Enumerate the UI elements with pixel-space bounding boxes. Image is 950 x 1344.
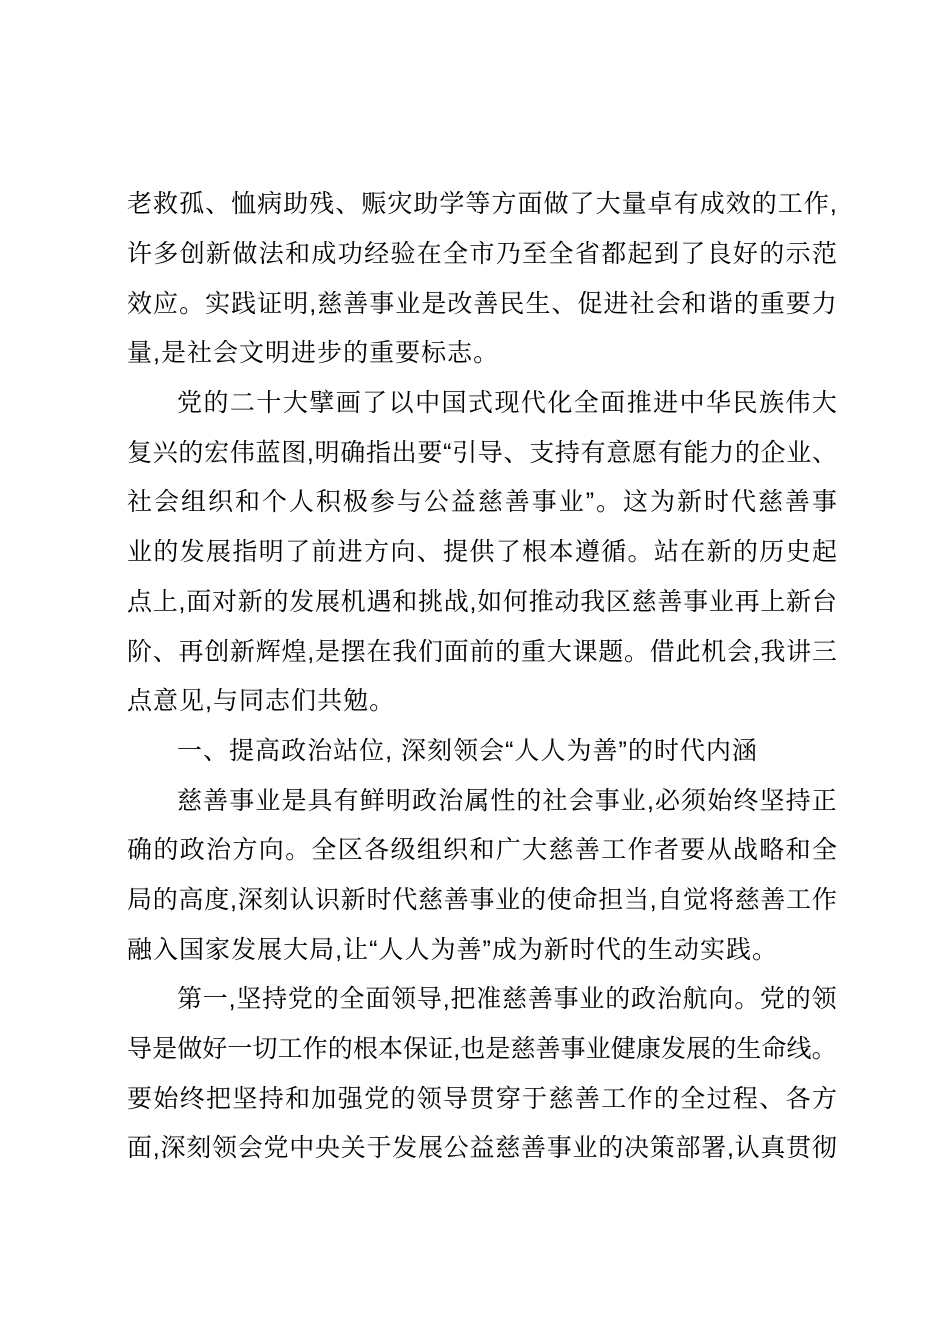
text-line: 慈善事业是具有鲜明政治属性的社会事业,必须始终坚持正	[127, 776, 837, 826]
text-line: 面,深刻领会党中央关于发展公益慈善事业的决策部署,认真贯彻	[127, 1124, 837, 1174]
text-line: 导是做好一切工作的根本保证,也是慈善事业健康发展的生命线。	[127, 1025, 837, 1075]
text-line: 第一,坚持党的全面领导,把准慈善事业的政治航向。党的领	[127, 975, 837, 1025]
text-line: 融入国家发展大局,让“人人为善”成为新时代的生动实践。	[127, 925, 837, 975]
text-line: 业的发展指明了前进方向、提供了根本遵循。站在新的历史起	[127, 528, 837, 578]
text-line: 复兴的宏伟蓝图,明确指出要“引导、支持有意愿有能力的企业、	[127, 428, 837, 478]
document-page: 老救孤、恤病助残、赈灾助学等方面做了大量卓有成效的工作,许多创新做法和成功经验在…	[0, 0, 950, 1344]
text-line: 一、提高政治站位, 深刻领会“人人为善”的时代内涵	[127, 727, 837, 777]
text-line: 量,是社会文明进步的重要标志。	[127, 329, 837, 379]
text-line: 社会组织和个人积极参与公益慈善事业”。这为新时代慈善事	[127, 478, 837, 528]
text-line: 许多创新做法和成功经验在全市乃至全省都起到了良好的示范	[127, 230, 837, 280]
text-line: 阶、再创新辉煌,是摆在我们面前的重大课题。借此机会,我讲三	[127, 627, 837, 677]
text-line: 效应。实践证明,慈善事业是改善民生、促进社会和谐的重要力	[127, 279, 837, 329]
text-line: 老救孤、恤病助残、赈灾助学等方面做了大量卓有成效的工作,	[127, 180, 837, 230]
text-line: 党的二十大擘画了以中国式现代化全面推进中华民族伟大	[127, 379, 837, 429]
page-content: 老救孤、恤病助残、赈灾助学等方面做了大量卓有成效的工作,许多创新做法和成功经验在…	[127, 180, 837, 1174]
text-line: 要始终把坚持和加强党的领导贯穿于慈善工作的全过程、各方	[127, 1074, 837, 1124]
text-line: 局的高度,深刻认识新时代慈善事业的使命担当,自觉将慈善工作	[127, 876, 837, 926]
text-line: 点意见,与同志们共勉。	[127, 677, 837, 727]
text-line: 确的政治方向。全区各级组织和广大慈善工作者要从战略和全	[127, 826, 837, 876]
text-line: 点上,面对新的发展机遇和挑战,如何推动我区慈善事业再上新台	[127, 578, 837, 628]
